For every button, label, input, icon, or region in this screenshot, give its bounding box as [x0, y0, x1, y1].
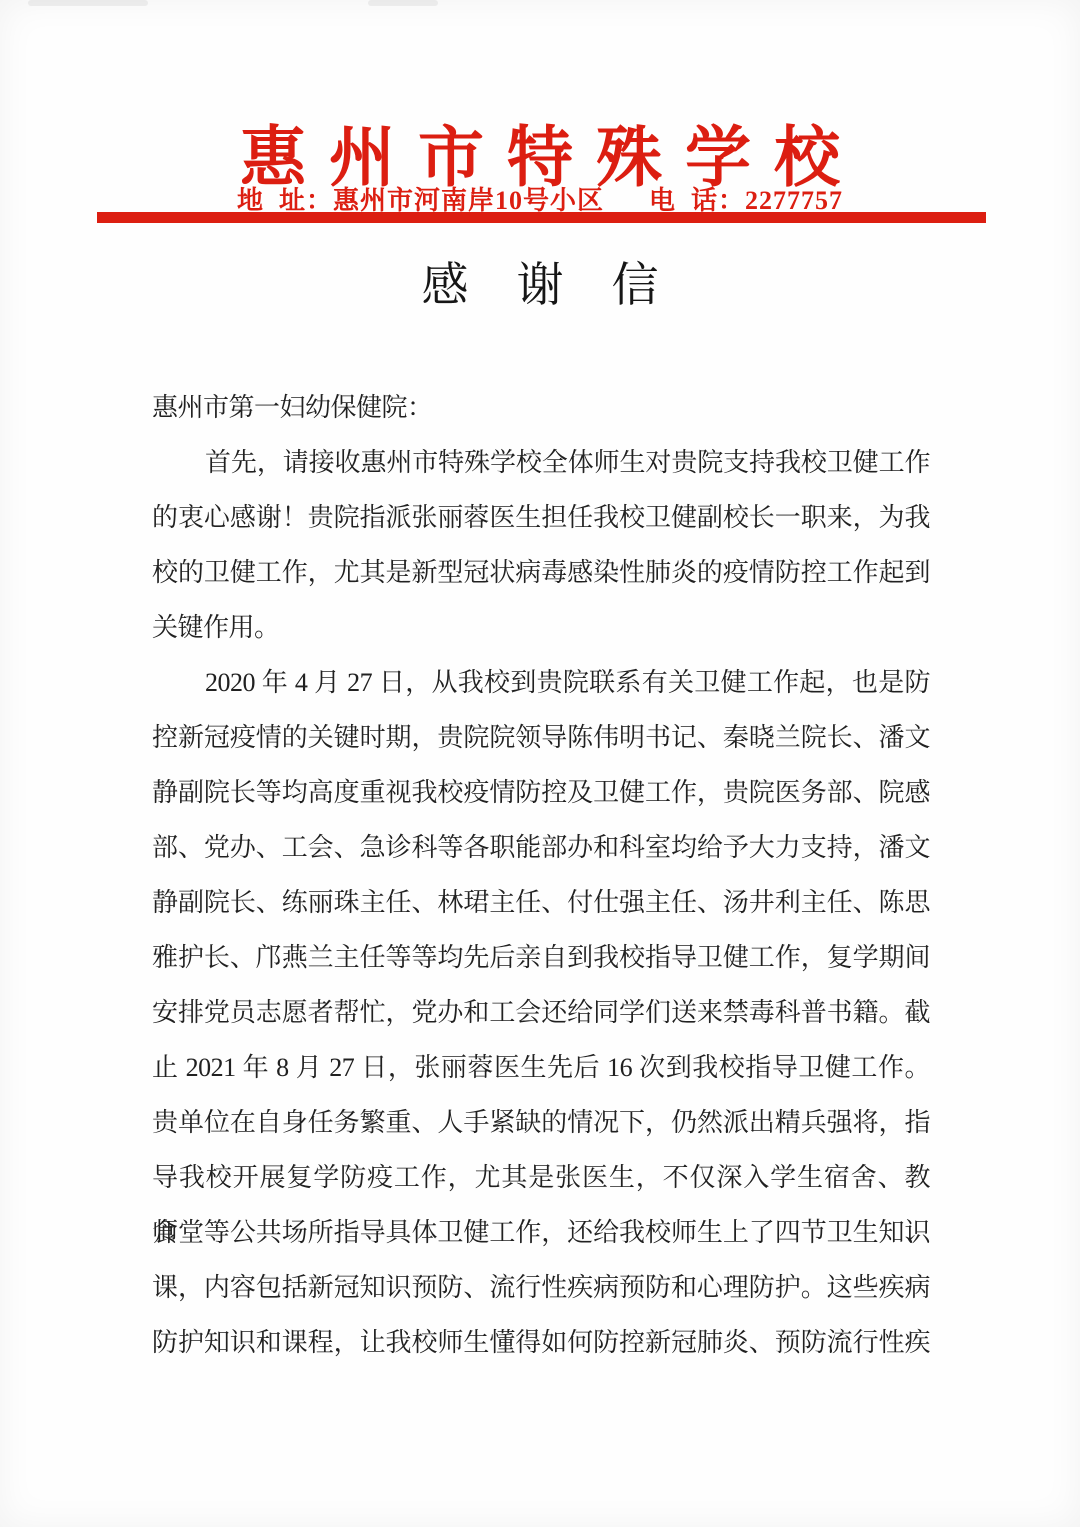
- body-line: 的衷心感谢！贵院指派张丽蓉医生担任我校卫健副校长一职来，为我: [152, 490, 930, 545]
- body-line: 贵单位在自身任务繁重、人手紧缺的情况下，仍然派出精兵强将，指: [152, 1095, 930, 1150]
- scan-artifact: [28, 0, 148, 6]
- body-line: 防护知识和课程，让我校师生懂得如何防控新冠肺炎、预防流行性疾: [152, 1315, 930, 1370]
- body-line: 安排党员志愿者帮忙，党办和工会还给同学们送来禁毒科普书籍。截: [152, 985, 930, 1040]
- letter-body: 惠州市第一妇幼保健院： 首先，请接收惠州市特殊学校全体师生对贵院支持我校卫健工作…: [152, 380, 930, 1370]
- red-divider-rule: [97, 212, 986, 223]
- body-line: 雅护长、邝燕兰主任等等均先后亲自到我校指导卫健工作，复学期间: [152, 930, 930, 985]
- body-line: 导我校开展复学防疫工作，尤其是张医生，不仅深入学生宿舍、教师、: [152, 1150, 930, 1205]
- body-line: 关键作用。: [152, 600, 930, 655]
- body-line: 部、党办、工会、急诊科等各职能部办和科室均给予大力支持，潘文: [152, 820, 930, 875]
- body-line: 控新冠疫情的关键时期，贵院院领导陈伟明书记、秦晓兰院长、潘文: [152, 710, 930, 765]
- body-line: 校的卫健工作，尤其是新型冠状病毒感染性肺炎的疫情防控工作起到: [152, 545, 930, 600]
- salutation: 惠州市第一妇幼保健院：: [152, 380, 930, 435]
- body-line: 食堂等公共场所指导具体卫健工作，还给我校师生上了四节卫生知识: [152, 1205, 930, 1260]
- body-line: 2020 年 4 月 27 日，从我校到贵院联系有关卫健工作起，也是防: [152, 655, 930, 710]
- body-line: 课，内容包括新冠知识预防、流行性疾病预防和心理防护。这些疾病: [152, 1260, 930, 1315]
- letter-title: 感谢信: [0, 248, 1080, 315]
- body-line: 静副院长等均高度重视我校疫情防控及卫健工作，贵院医务部、院感: [152, 765, 930, 820]
- scanned-letter-page: 惠州市特殊学校 地 址：惠州市河南岸10号小区 电 话：2277757 感谢信 …: [0, 0, 1080, 1527]
- body-line: 静副院长、练丽珠主任、林珺主任、付仕强主任、汤井利主任、陈思: [152, 875, 930, 930]
- body-line: 首先，请接收惠州市特殊学校全体师生对贵院支持我校卫健工作: [152, 435, 930, 490]
- scan-artifact: [368, 0, 438, 6]
- body-line: 止 2021 年 8 月 27 日，张丽蓉医生先后 16 次到我校指导卫健工作。: [152, 1040, 930, 1095]
